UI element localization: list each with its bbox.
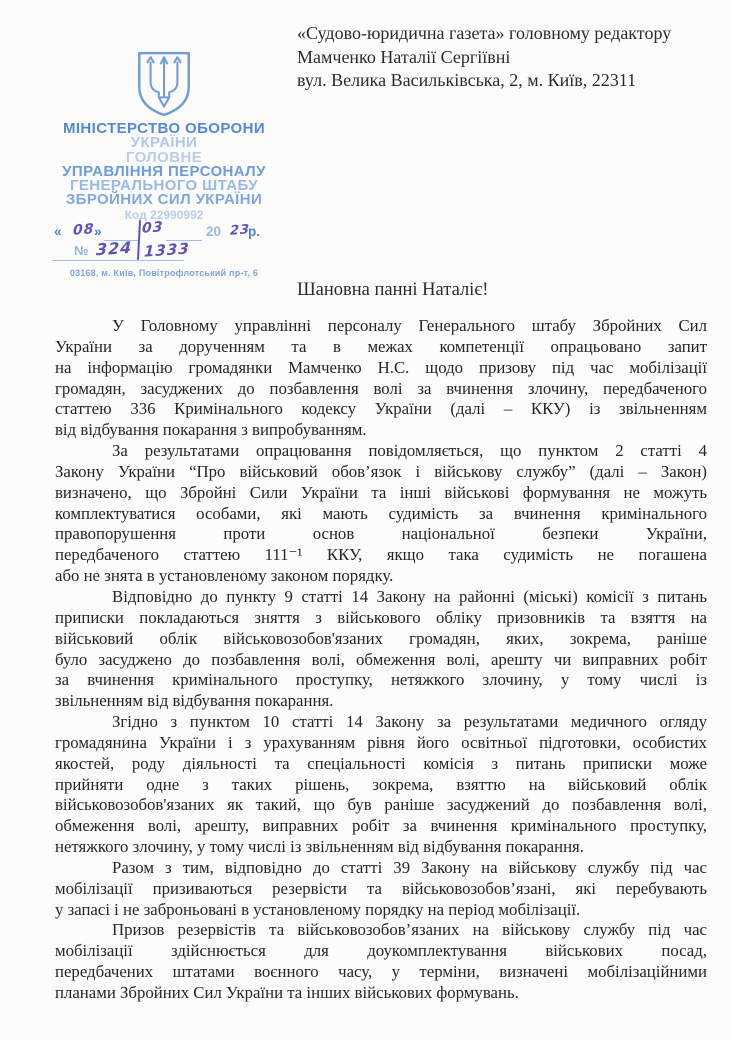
body-paragraph: Згідно з пунктом 10 статті 14 Закону за … xyxy=(55,712,707,858)
body-line: або не знята в установленому законом пор… xyxy=(55,566,707,587)
body-line: громадянина України і з урахуванням рівн… xyxy=(55,733,707,754)
date-month-handwritten: 03 xyxy=(142,219,164,237)
body-line: планами Збройних Сил України та інших ві… xyxy=(55,983,707,1004)
body-line: визначено, що Збройні Сили України та ін… xyxy=(55,483,707,504)
date-year-suffix: р. xyxy=(248,224,260,239)
letter-page: МІНІСТЕРСТВО ОБОРОНИУКРАЇНИГОЛОВНЕУПРАВЛ… xyxy=(0,0,731,1040)
body-paragraph: Разом з тим, відповідно до статті 39 Зак… xyxy=(55,858,707,921)
body-line: звільненням від відбування покарання. xyxy=(55,691,707,712)
recipient-line-3: вул. Велика Васильківська, 2, м. Київ, 2… xyxy=(297,69,727,93)
letterhead-stamp: МІНІСТЕРСТВО ОБОРОНИУКРАЇНИГОЛОВНЕУПРАВЛ… xyxy=(40,50,288,282)
body-line: мобілізації призиваються резервісти та в… xyxy=(55,879,707,900)
date-blank-line-2 xyxy=(166,226,202,241)
date-year-printed: 20 xyxy=(206,224,221,239)
salutation: Шановна панні Наталіє! xyxy=(297,280,488,301)
body-line: Разом з тим, відповідно до статті 39 Зак… xyxy=(55,858,707,879)
date-open-quote: « xyxy=(54,224,62,239)
trident-icon xyxy=(133,50,195,118)
body-line: якостей, роду діяльності та спеціальност… xyxy=(55,754,707,775)
body-line: За результатами опрацювання повідомляєть… xyxy=(55,441,707,462)
recipient-line-2: Мамченко Наталії Сергіївні xyxy=(297,46,727,70)
body-line: У Головному управлінні персоналу Генерал… xyxy=(55,316,707,337)
recipient-line-1: «Судово-юридична газета» головному редак… xyxy=(297,22,727,46)
body-line: Закону України “Про військовий обов’язок… xyxy=(55,462,707,483)
body-line: громадян, засуджених до позбавлення волі… xyxy=(55,379,707,400)
body-line: за вчинення кримінального проступку, нет… xyxy=(55,670,707,691)
body-line: Згідно з пунктом 10 статті 14 Закону за … xyxy=(55,712,707,733)
body-paragraph: Призов резервістів та військовозобов’яза… xyxy=(55,920,707,1003)
body-line: від відбування покарання з випробуванням… xyxy=(55,420,707,441)
body-paragraph: Відповідно до пункту 9 статті 14 Закону … xyxy=(55,587,707,712)
date-close-quote: » xyxy=(94,224,102,239)
body-line: мобілізації здійснюється для доукомплект… xyxy=(55,941,707,962)
body-line: правопорушення проти основ національної … xyxy=(55,524,707,545)
body-paragraph: За результатами опрацювання повідомляєть… xyxy=(55,441,707,587)
recipient-block: «Судово-юридична газета» головному редак… xyxy=(297,22,727,93)
stamp-date-number-block: « 08 » 03 20 23 р. № 324 1333 03168, м. … xyxy=(40,224,288,286)
body-line: Відповідно до пункту 9 статті 14 Закону … xyxy=(55,587,707,608)
date-day-handwritten: 08 xyxy=(73,221,95,239)
body-line: військовий облік військовозобов'язаних г… xyxy=(55,629,707,650)
body-line: у запасі і не заброньовані в установлено… xyxy=(55,900,707,921)
body-line: України за дорученням та в межах компете… xyxy=(55,337,707,358)
body-line: Призов резервістів та військовозобов’яза… xyxy=(55,920,707,941)
coat-of-arms xyxy=(40,50,288,120)
body-paragraph: У Головному управлінні персоналу Генерал… xyxy=(55,316,707,441)
body-line: передбаченого статтею 111⁻¹ ККУ, якщо та… xyxy=(55,545,707,566)
body-line: передбачених штатами воєнного часу, у те… xyxy=(55,962,707,983)
body-line: комплектуватися особами, які мають судим… xyxy=(55,504,707,525)
number-blank-line xyxy=(52,246,184,261)
body-line: прийняти одне з таких рішень, зокрема, в… xyxy=(55,775,707,796)
body-line: обмеження волі, арешту, виправних робіт … xyxy=(55,816,707,837)
stamp-code: Код 22990992 xyxy=(40,209,288,222)
letter-body: У Головному управлінні персоналу Генерал… xyxy=(55,316,707,1004)
stamp-org-line: ЗБРОЙНИХ СИЛ УКРАЇНИ xyxy=(40,193,288,207)
body-line: військовозобов'язаних як такий, що був р… xyxy=(55,795,707,816)
stamp-org-lines: МІНІСТЕРСТВО ОБОРОНИУКРАЇНИГОЛОВНЕУПРАВЛ… xyxy=(40,122,288,208)
body-line: на інформацію громадянки Мамченко Н.С. щ… xyxy=(55,358,707,379)
body-line: нетяжкого злочину, у тому числі із звіль… xyxy=(55,837,707,858)
body-line: було засуджено до позбавлення волі, обме… xyxy=(55,650,707,671)
body-line: статтею 336 Кримінального кодексу Україн… xyxy=(55,399,707,420)
body-line: приписки покладаються зняття з військово… xyxy=(55,608,707,629)
stamp-postal-address: 03168, м. Київ, Повітрофлотський пр-т, 6 xyxy=(40,268,288,278)
